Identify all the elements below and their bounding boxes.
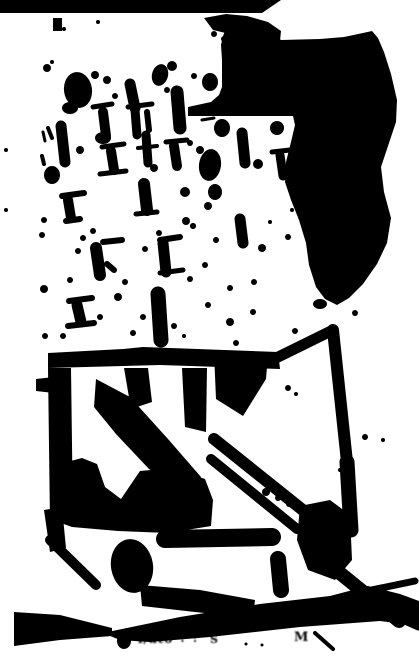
wall-motif-dot [164, 87, 170, 93]
wall-motif-dash [202, 118, 214, 120]
wall-motif-star [76, 146, 84, 154]
wall-motif-bar [96, 248, 100, 275]
strut-speck [286, 501, 292, 507]
caption-speck [261, 644, 264, 647]
panel-dot [202, 262, 208, 268]
wall-motif-hook [107, 264, 114, 270]
panel-star [204, 202, 212, 210]
wall-motif-dot [97, 314, 103, 320]
bottom-left-wedge [14, 612, 112, 646]
wall-motif-dot [91, 71, 99, 79]
wall-motif-mark [43, 132, 45, 141]
caption-mark-diag [315, 633, 333, 649]
left-diag-stroke [50, 540, 96, 585]
wall-motif-serif [66, 219, 80, 221]
wall-motif-cross [138, 146, 157, 148]
wall-motif-bar [144, 184, 147, 210]
speck [381, 438, 385, 442]
wall-motif-blob [62, 102, 78, 114]
wall-motif-mark [42, 156, 44, 164]
top-left-mark [53, 18, 62, 31]
wall-motif-bar [111, 151, 114, 170]
speck [285, 385, 291, 391]
wall-motif-dot [50, 60, 54, 64]
wall-motif-dot [112, 93, 118, 99]
wall-motif-blob [202, 73, 218, 91]
wall-motif-dot [41, 217, 47, 223]
wall-motif-star [114, 293, 122, 301]
wall-dot [4, 208, 8, 212]
panel-dot [290, 208, 294, 212]
wall-motif-bar [174, 146, 177, 166]
pole-mid [333, 330, 347, 462]
speck [313, 299, 327, 309]
caption-speck [245, 643, 248, 646]
right-leg [182, 368, 207, 432]
wall-motif-capsule [177, 92, 180, 128]
wall-dot [4, 148, 8, 152]
wall-motif-dash [199, 112, 216, 114]
wall-motif-dot [80, 235, 86, 241]
wall-motif-bar [77, 305, 81, 322]
speck [226, 318, 234, 326]
wall-motif-curl [93, 104, 112, 107]
speck [362, 434, 368, 440]
wall-motif-dot [60, 333, 66, 339]
wall-motif-star [122, 279, 128, 285]
wall-motif-serif [62, 193, 84, 196]
panel-dot [258, 244, 266, 252]
top-left-mark-dot [62, 27, 66, 31]
photo-canvas [0, 0, 419, 662]
wall-motif-blob [95, 132, 111, 144]
wall-motif-dot [187, 140, 193, 146]
wall-motif-dot [191, 73, 197, 79]
wall-motif-bar [135, 110, 137, 135]
wall-motif-serif [68, 323, 94, 326]
speck [250, 309, 256, 315]
wall-motif-capsule [158, 294, 161, 340]
pole-upper [270, 330, 333, 361]
wall-motif-dot [140, 314, 146, 320]
speck [233, 340, 239, 346]
wall-motif-blob [44, 166, 60, 184]
wall-motif-dot [171, 323, 177, 329]
wall-motif-dot [75, 248, 81, 254]
strut-speck [275, 495, 281, 501]
wall-motif-dot [130, 330, 136, 336]
wall-motif-star [43, 64, 51, 72]
speck [352, 310, 358, 316]
wall-motif-dot [187, 276, 193, 282]
speck [294, 392, 298, 396]
wall-motif-serif [160, 270, 183, 273]
wall-motif-dot [40, 285, 48, 293]
panel-dot [227, 285, 233, 291]
wall-motif-serif [103, 240, 122, 242]
panel-bar [280, 155, 283, 176]
wall-motif-curl [48, 128, 52, 138]
panel-capsule [240, 219, 243, 243]
band-drip [211, 31, 217, 37]
panel-dot [251, 279, 257, 285]
speck [292, 328, 298, 334]
caption-blob [117, 633, 131, 649]
wall-motif-serif [69, 298, 92, 301]
wall-motif-dot [90, 228, 96, 234]
panel-dot [253, 159, 263, 169]
wall-motif-star [205, 302, 211, 308]
wall-motif-bar [147, 112, 149, 130]
wall-motif-dot [42, 333, 48, 339]
panel-dot [268, 220, 272, 224]
rail-junction [214, 352, 268, 416]
left-foot-ledge [36, 377, 54, 393]
wall-motif-dot [150, 164, 158, 172]
top-dot [96, 20, 100, 24]
wall-motif-bar [68, 200, 71, 218]
strut-speck [262, 488, 270, 496]
wall-motif-star [190, 223, 196, 229]
wall-motif-curl [128, 104, 152, 107]
panel-dot [196, 146, 204, 154]
wall-motif-bar [61, 126, 65, 162]
wall-motif-dot [182, 217, 190, 225]
wall-motif-serif [100, 171, 126, 174]
small-upright [278, 559, 281, 590]
panel-dot [285, 234, 291, 240]
wall-motif-blob [208, 184, 222, 200]
wall-motif-dot [182, 334, 186, 338]
wall-motif-star [39, 232, 45, 238]
panel-dot [214, 119, 230, 137]
cross-bar [165, 537, 272, 539]
panel-dot [270, 121, 284, 135]
wall-motif-dot [167, 61, 177, 71]
wall-motif-dot [142, 246, 148, 252]
scanned-photo-figure: i/ato!:SM [0, 0, 419, 662]
top-edge-bar [0, 0, 281, 13]
wall-motif-dot [156, 230, 162, 236]
wall-motif-serif [136, 212, 157, 214]
wall-motif-dot [180, 187, 190, 197]
panel-capsule [242, 133, 245, 163]
wall-motif-dot [103, 76, 111, 84]
wall-motif-bar [163, 243, 166, 272]
wall-motif-dot [67, 277, 73, 283]
panel-dot [213, 237, 219, 243]
